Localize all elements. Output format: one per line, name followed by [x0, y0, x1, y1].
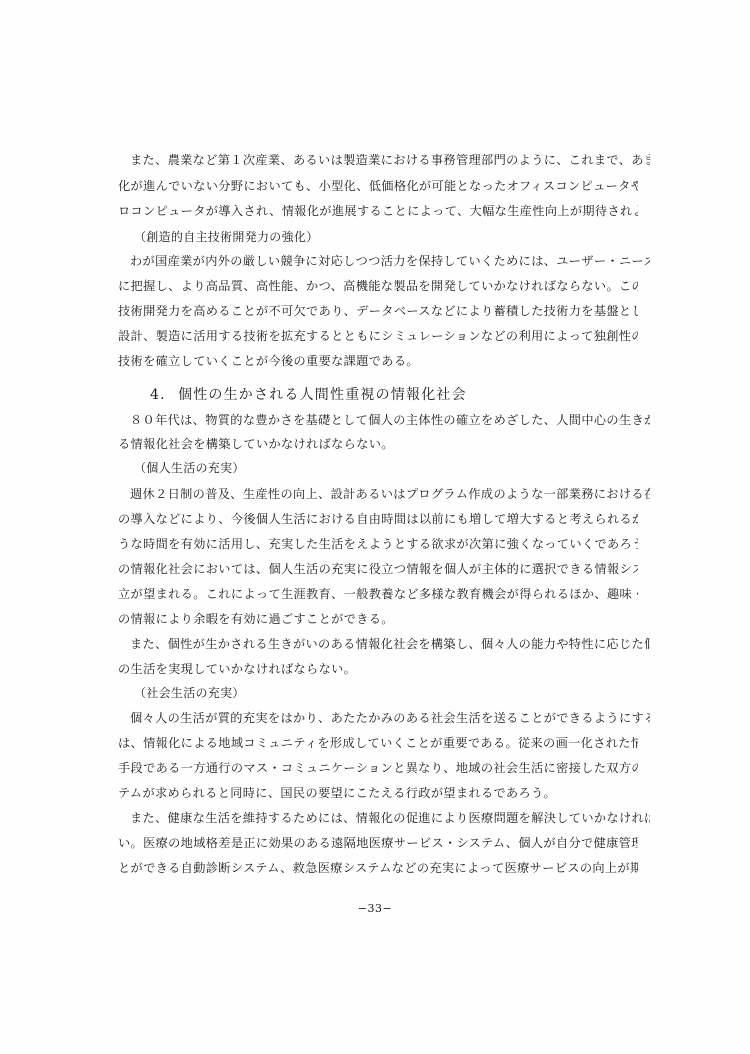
- paragraph-line: の情報化社会においては、個人生活の充実に役立つ情報を個人が主体的に選択できる情報…: [118, 561, 638, 577]
- paragraph-line: ８０年代は、物質的な豊かさを基礎として個人の主体性の確立をめざした、人間中心の生…: [130, 412, 650, 428]
- paragraph-line: うな時間を有効に活用し、充実した生活をえようとする欲求が次第に強くなっていくであ…: [118, 536, 638, 552]
- paragraph-line: い。医療の地域格差是正に効果のある遠隔地医療サービス・システム、個人が自分で健康…: [118, 835, 638, 851]
- paragraph-line: とができる自動診断システム、救急医療システムなどの充実によって医療サービスの向上…: [118, 860, 638, 876]
- paragraph-line: 技術を確立していくことが今後の重要な課題である。: [118, 353, 638, 369]
- section-number: 4.: [150, 386, 178, 404]
- paragraph-line: る情報化社会を構築していかなければならない。: [118, 436, 638, 452]
- paragraph-line: 設計、製造に活用する技術を拡充するとともにシミュレーションなどの利用によって独創…: [118, 328, 638, 344]
- paragraph-line: また、農業など第１次産業、あるいは製造業における事務管理部門のように、これまで、…: [130, 152, 650, 168]
- subheading-creative-technology: （創造的自主技術開発力の強化）: [134, 229, 319, 245]
- paragraph-line: 技術開発力を高めることが不可欠であり、データベースなどにより蓄積した技術力を基盤…: [118, 303, 638, 319]
- paragraph-line: の生活を実現していかなければならない。: [118, 661, 638, 677]
- subheading-personal-life: （個人生活の充実）: [134, 460, 245, 476]
- paragraph-line: 立が望まれる。これによって生涯教育、一般教養など多様な教育機会が得られるほか、趣…: [118, 586, 638, 602]
- paragraph-line: 化が進んでいない分野においても、小型化、低価格化が可能となったオフィスコンピュー…: [118, 178, 638, 194]
- paragraph-line: また、個性が生かされる生きがいのある情報化社会を構築し、個々人の能力や特性に応じ…: [130, 636, 650, 652]
- paragraph-line: に把握し、より高品質、高性能、かつ、高機能な製品を開発していかなければならない。…: [118, 278, 638, 294]
- document-page: また、農業など第１次産業、あるいは製造業における事務管理部門のように、これまで、…: [0, 0, 750, 1054]
- paragraph-line: 週休２日制の普及、生産性の向上、設計あるいはプログラム作成のような一部業務におけ…: [130, 486, 650, 502]
- subheading-social-life: （社会生活の充実）: [134, 685, 245, 701]
- paragraph-line: は、情報化による地域コミュニティを形成していくことが重要である。従来の画一化され…: [118, 735, 638, 751]
- paragraph-line: わが国産業が内外の厳しい競争に対応しつつ活力を保持していくためには、ユーザー・ニ…: [130, 253, 650, 269]
- paragraph-line: 手段である一方通行のマス・コミュニケーションと異なり、地域の社会生活に密接した双…: [118, 760, 638, 776]
- paragraph-line: 個々人の生活が質的充実をはかり、あたたかみのある社会生活を送ることができるように…: [130, 710, 650, 726]
- paragraph-line: の導入などにより、今後個人生活における自由時間は以前にも増して増大すると考えられ…: [118, 511, 638, 527]
- paragraph-line: の情報により余暇を有効に過ごすことができる。: [118, 611, 638, 627]
- paragraph-line: ロコンピュータが導入され、情報化が進展することによって、大幅な生産性向上が期待さ…: [118, 203, 638, 219]
- section-title: 個性の生かされる人間性重視の情報化社会: [178, 387, 467, 403]
- paragraph-line: また、健康な生活を維持するためには、情報化の促進により医療問題を解決していかなけ…: [130, 810, 650, 826]
- page-number: −33−: [0, 902, 750, 916]
- paragraph-line: テムが求められると同時に、国民の要望にこたえる行政が望まれるであろう。: [118, 785, 638, 801]
- section-heading: 4.個性の生かされる人間性重視の情報化社会: [150, 386, 467, 404]
